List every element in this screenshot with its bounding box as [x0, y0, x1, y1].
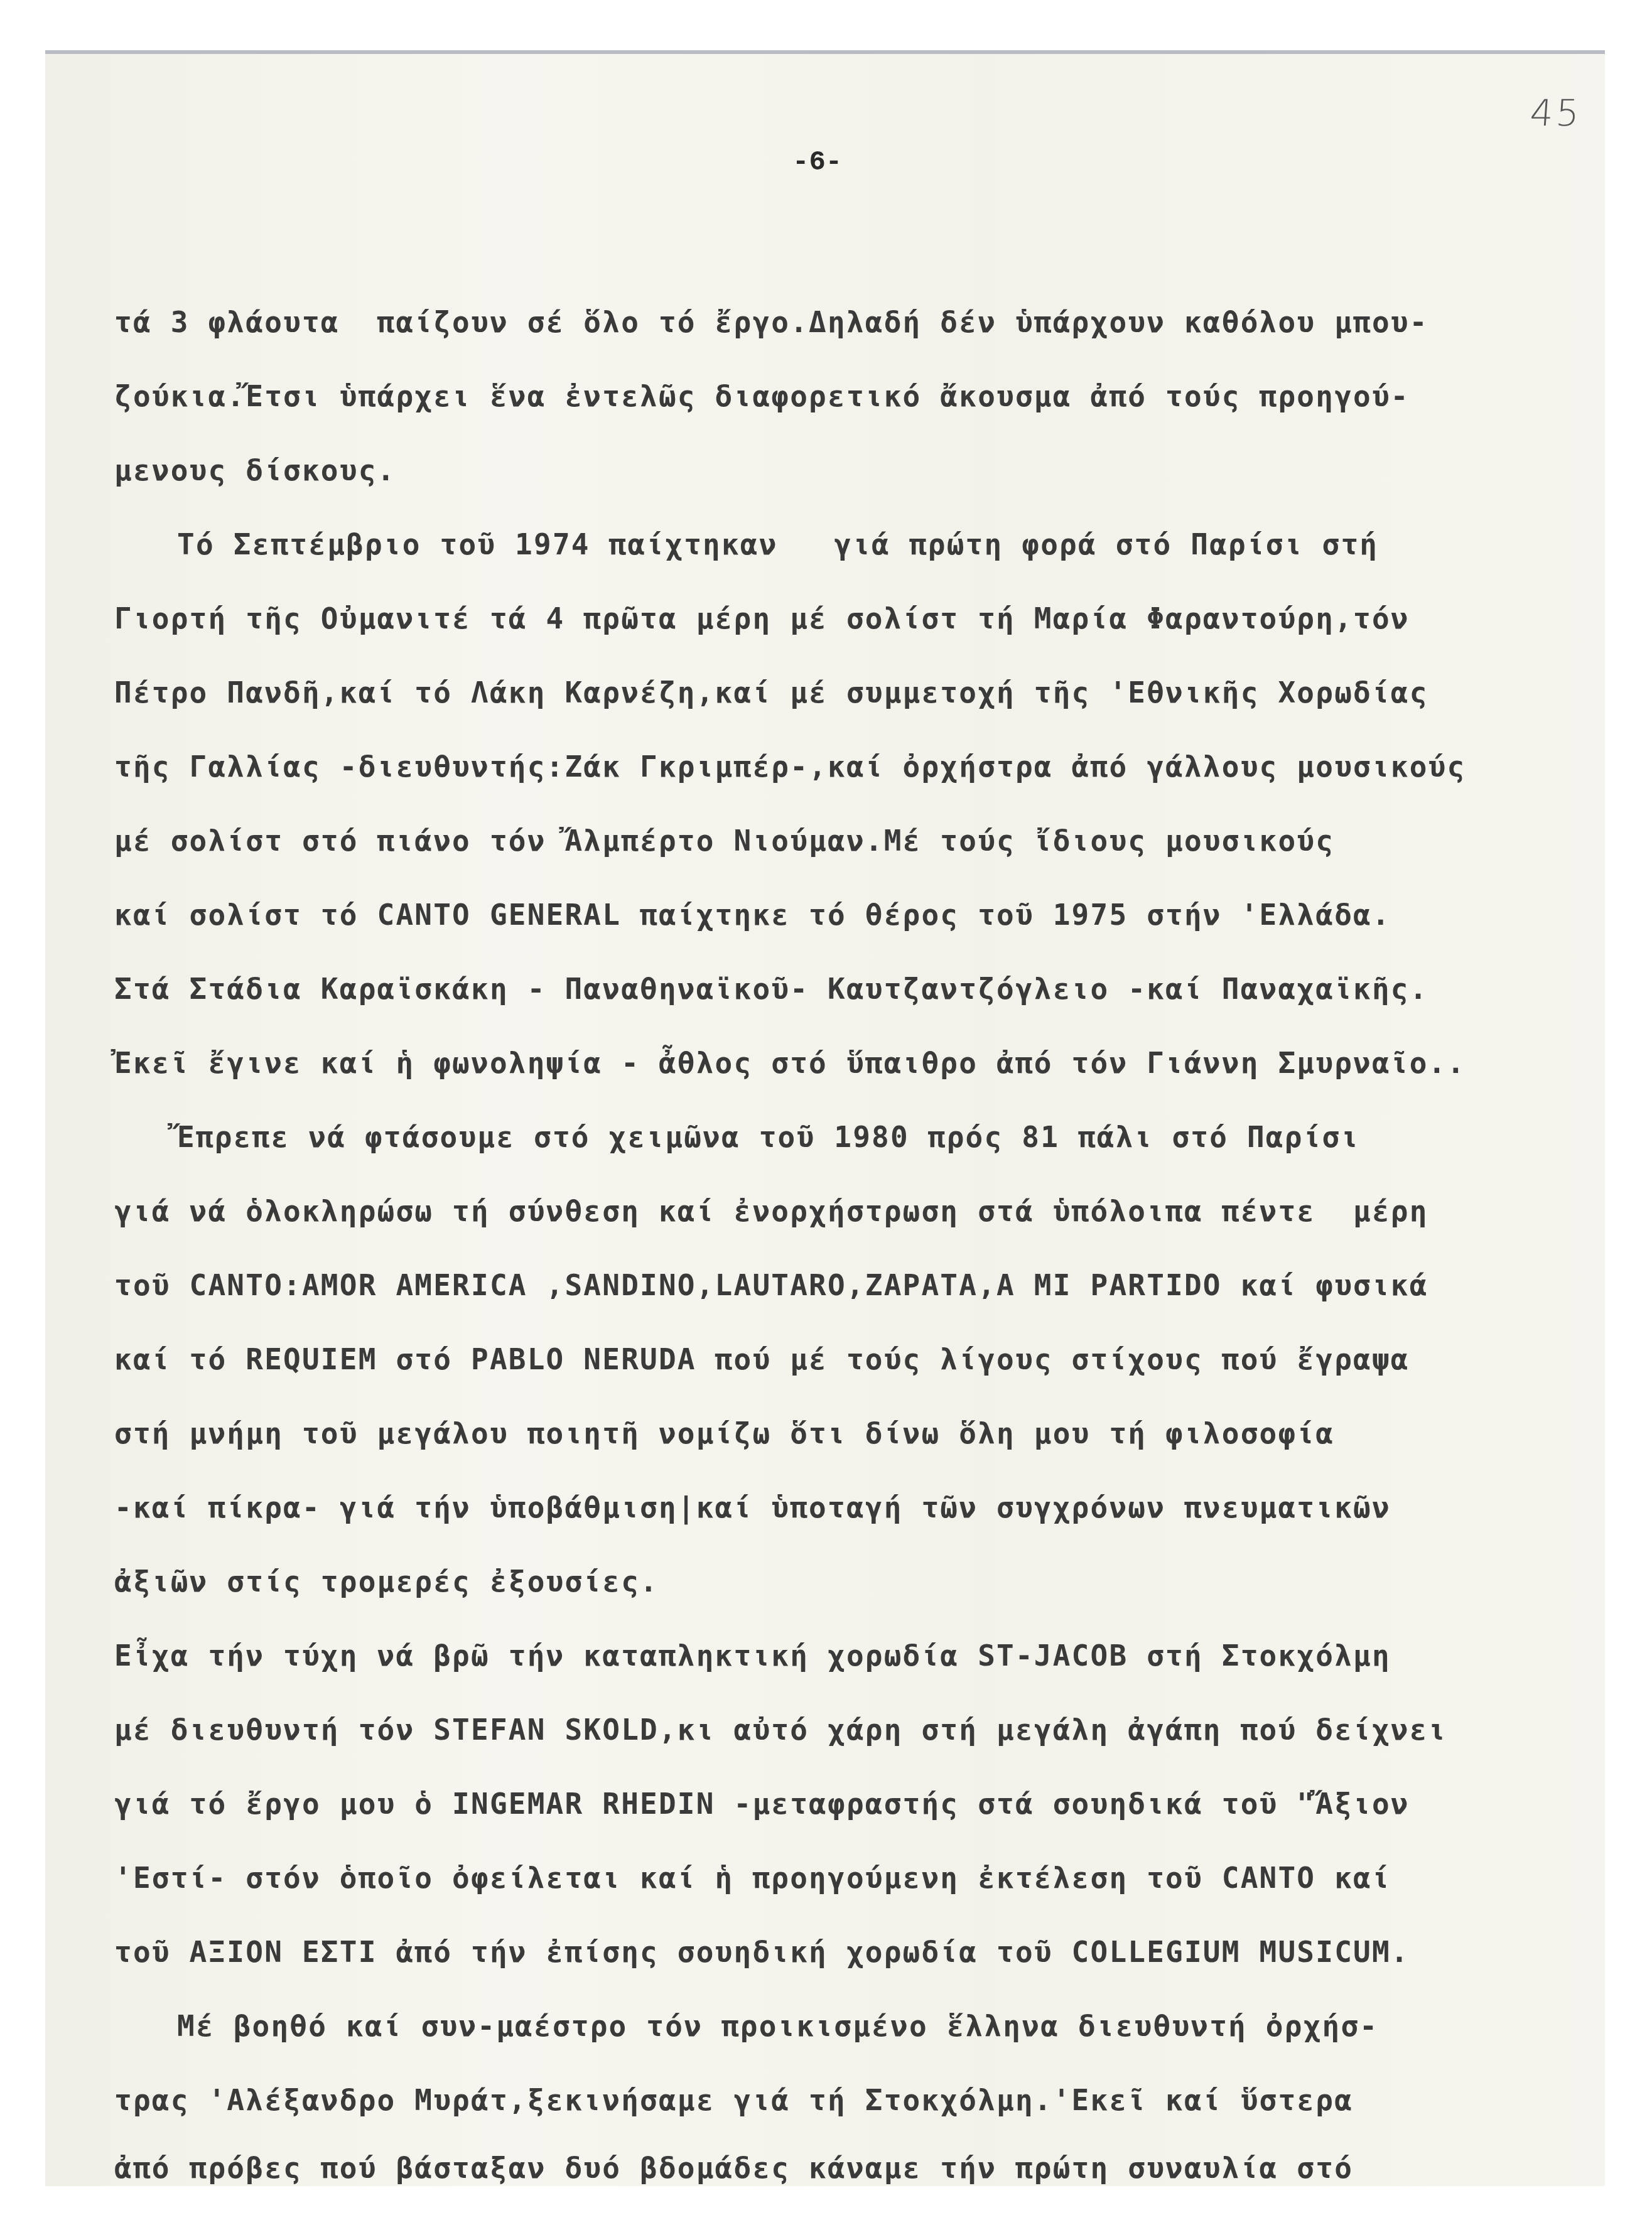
text-line: ζούκια.Ἔτσι ὑπάρχει ἕνα ἐντελῶς διαφορετ…	[114, 379, 1410, 413]
text-line: καί τό REQUIEM στό PABLO NERUDA πού μέ τ…	[114, 1342, 1410, 1376]
handwritten-folio-number: 45	[1529, 92, 1584, 134]
text-line: Γιορτή τῆς Οὐμανιτέ τά 4 πρῶτα μέρη μέ σ…	[114, 601, 1410, 635]
paragraph-start-line: Ἔπρεπε νά φτάσουμε στό χειμῶνα τοῦ 1980 …	[177, 1120, 1359, 1154]
text-line: μέ διευθυντή τόν STEFAN SKOLD,κι αὐτό χά…	[114, 1713, 1447, 1747]
text-line: μέ σολίστ στό πιάνο τόν Ἄλμπέρτο Νιούμαν…	[114, 824, 1334, 858]
text-line: τοῦ CANTO:AMOR AMERICA ,SANDINO,LAUTARO,…	[114, 1268, 1428, 1302]
paragraph-start-line: Τό Σεπτέμβριο τοῦ 1974 παίχτηκαν γιά πρώ…	[177, 527, 1378, 561]
text-line: τά 3 φλάουτα παίζουν σέ ὅλο τό ἔργο.Δηλα…	[114, 305, 1428, 339]
text-line: Πέτρο Πανδῆ,καί τό Λάκη Καρνέζη,καί μέ σ…	[114, 676, 1428, 709]
text-line: -καί πίκρα- γιά τήν ὑποβάθμιση|καί ὑποτα…	[114, 1490, 1391, 1524]
text-line: στή μνήμη τοῦ μεγάλου ποιητῆ νομίζω ὅτι …	[114, 1416, 1334, 1450]
text-line: γιά νά ὁλοκληρώσω τή σύνθεση καί ἐνορχήσ…	[114, 1194, 1428, 1228]
paragraph-start-line: Εἶχα τήν τύχη νά βρῶ τήν καταπληκτική χο…	[114, 1639, 1391, 1673]
text-line: μενους δίσκους.	[114, 453, 396, 487]
text-line: ἀπό πρόβες πού βάσταξαν δυό βδομάδες κάν…	[114, 2151, 1353, 2185]
text-line: τῆς Γαλλίας -διευθυντής:Ζάκ Γκριμπέρ-,κα…	[114, 750, 1466, 784]
text-line: καί σολίστ τό CANTO GENERAL παίχτηκε τό …	[114, 898, 1391, 932]
text-line: Στά Στάδια Καραϊσκάκη - Παναθηναϊκοῦ- Κα…	[114, 972, 1428, 1006]
typewritten-page: 45 -6- τά 3 φλάουτα παίζουν σέ ὅλο τό ἔρ…	[45, 50, 1605, 2186]
text-line: γιά τό ἔργο μου ὁ INGEMAR RHEDIN -μεταφρ…	[114, 1787, 1410, 1821]
text-line: Ἐκεῖ ἔγινε καί ἡ φωνοληψία - ἆθλος στό ὕ…	[114, 1046, 1466, 1080]
text-line: τρας 'Αλέξανδρο Μυράτ,ξεκινήσαμε γιά τή …	[114, 2083, 1353, 2117]
text-line: τοῦ ΑΞΙΟΝ ΕΣΤΙ ἀπό τήν ἐπίσης σουηδική χ…	[114, 1935, 1410, 1969]
paragraph-start-line: Μέ βοηθό καί συν-μαέστρο τόν προικισμένο…	[177, 2009, 1378, 2043]
page-number: -6-	[792, 147, 842, 178]
text-line: ἀξιῶν στίς τρομερές ἐξουσίες.	[114, 1565, 659, 1598]
text-line: 'Εστί- στόν ὁποῖο ὀφείλεται καί ἡ προηγο…	[114, 1861, 1391, 1895]
